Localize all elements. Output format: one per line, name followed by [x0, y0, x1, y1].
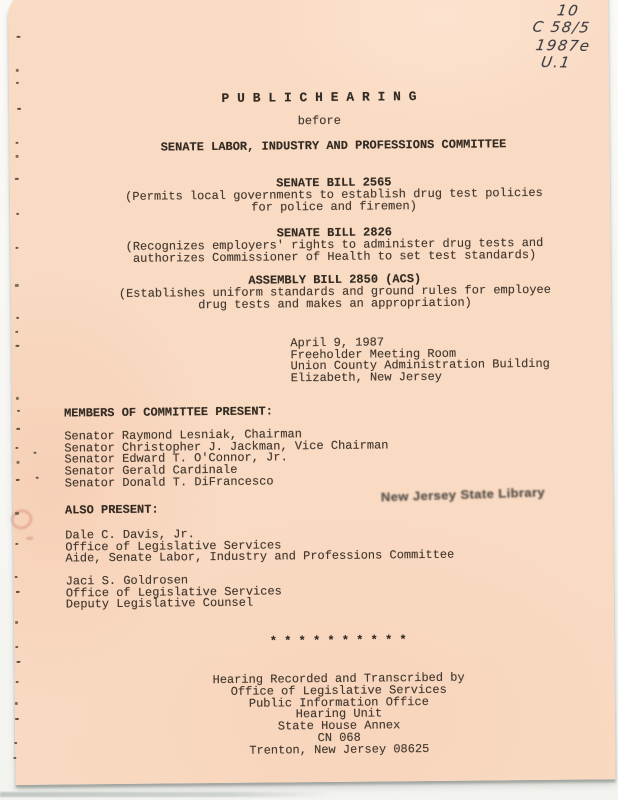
- edge-speck: [15, 331, 18, 333]
- edge-speck: [36, 477, 39, 479]
- bill-description: (Permits local governments to establish …: [49, 187, 618, 216]
- call-number-line: C 58/5: [531, 19, 618, 38]
- edge-speck: [16, 213, 19, 215]
- edge-speck: [15, 447, 18, 449]
- bill-section-2565: SENATE BILL 2565 (Permits local governme…: [49, 175, 618, 216]
- edge-speck: [33, 452, 36, 454]
- also-present-heading: ALSO PRESENT:: [65, 505, 159, 518]
- bill-section-2850: ASSEMBLY BILL 2850 (ACS) (Establishes un…: [50, 272, 618, 313]
- edge-speck: [15, 543, 18, 545]
- red-ink-dash: [26, 537, 33, 540]
- library-stamp: New Jersey State Library: [381, 486, 581, 503]
- edge-speck: [16, 591, 20, 593]
- edge-speck: [15, 702, 18, 705]
- edge-speck: [16, 428, 20, 430]
- edge-speck: [15, 576, 18, 578]
- edge-speck: [15, 142, 18, 144]
- page-bottom-streak: [0, 792, 330, 797]
- edge-speck: [15, 621, 18, 624]
- asterisk-separator: * * * * * * * * * *: [53, 633, 618, 650]
- edge-speck: [13, 757, 16, 759]
- person-line: Deputy Legislative Counsel: [66, 598, 282, 612]
- event-line: Elizabeth, New Jersey: [291, 371, 550, 385]
- edge-speck: [16, 681, 19, 683]
- edge-speck: [16, 479, 20, 481]
- edge-speck: [16, 82, 19, 84]
- edge-speck: [15, 345, 19, 347]
- edge-speck: [16, 661, 20, 663]
- call-number-line: U.1: [540, 54, 614, 73]
- edge-speck: [14, 742, 17, 744]
- edge-speck: [15, 284, 19, 287]
- edge-speck: [15, 512, 19, 515]
- members-present-list: Senator Raymond Lesniak, ChairmanSenator…: [64, 428, 389, 490]
- edge-speck: [17, 461, 20, 464]
- edge-speck: [15, 646, 18, 648]
- before-label: before: [34, 113, 604, 130]
- edge-speck: [16, 155, 19, 158]
- page-content: 2010C 58/51987eU.1 P U B L I C H E A R I…: [8, 0, 616, 785]
- red-ink-smudge: [9, 507, 34, 531]
- handwritten-call-number: 2010C 58/51987eU.1: [522, 0, 618, 73]
- person-block: Dale C. Davis, Jr.Office of Legislative …: [65, 527, 454, 566]
- member-name: Senator Donald T. DiFrancesco: [65, 475, 389, 490]
- bill-section-2826: SENATE BILL 2826 (Recognizes employers' …: [49, 225, 618, 266]
- edge-speck: [15, 178, 19, 180]
- edge-speck: [15, 718, 19, 720]
- person-block: Jaci S. GoldrosenOffice of Legislative S…: [66, 574, 282, 611]
- edge-speck: [16, 69, 19, 72]
- scanned-page: 2010C 58/51987eU.1 P U B L I C H E A R I…: [8, 0, 616, 785]
- edge-speck: [16, 36, 20, 38]
- edge-speck: [15, 247, 18, 249]
- footer-transcription: Hearing Recorded and Transcribed byOffic…: [54, 671, 618, 759]
- members-present-heading: MEMBERS OF COMMITTEE PRESENT:: [64, 406, 273, 420]
- committee-name: SENATE LABOR, INDUSTRY AND PROFESSIONS C…: [48, 138, 618, 155]
- bill-description: (Recognizes employers' rights to adminis…: [49, 237, 618, 266]
- edge-speck: [16, 397, 19, 400]
- event-details: April 9, 1987Freeholder Meeting RoomUnio…: [290, 336, 550, 385]
- edge-speck: [17, 108, 21, 110]
- edge-speck: [17, 410, 20, 412]
- bill-description: (Establishes uniform standards and groun…: [50, 284, 618, 313]
- edge-speck: [16, 317, 19, 319]
- person-line: Aide, Senate Labor, Industry and Profess…: [65, 550, 454, 565]
- hearing-title: P U B L I C H E A R I N G: [34, 89, 604, 106]
